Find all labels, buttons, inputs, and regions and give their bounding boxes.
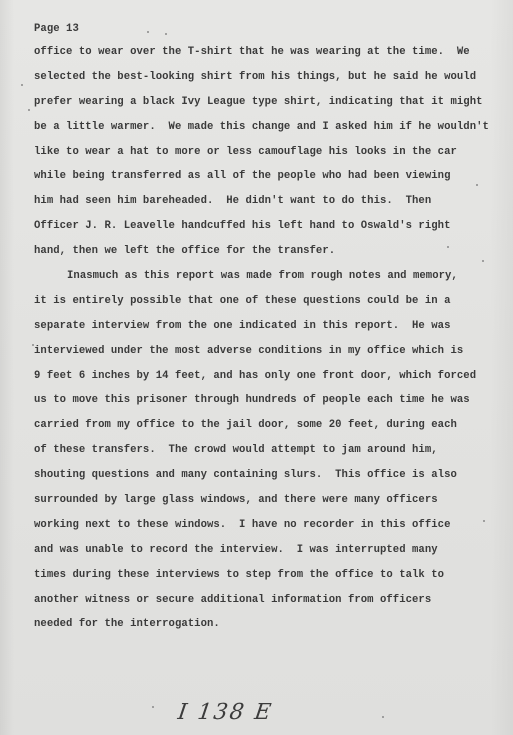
page-number: Page 13 xyxy=(34,20,504,38)
paragraph-1: office to wear over the T-shirt that he … xyxy=(34,40,504,264)
text-line: be a little warmer. We made this change … xyxy=(34,115,504,140)
scan-speck xyxy=(476,184,478,186)
text-line: of these transfers. The crowd would atte… xyxy=(34,438,504,463)
text-line: surrounded by large glass windows, and t… xyxy=(34,488,504,513)
text-line: him had seen him bareheaded. He didn't w… xyxy=(34,189,504,214)
scan-speck xyxy=(483,520,485,522)
scan-speck xyxy=(21,84,23,86)
text-line: prefer wearing a black Ivy League type s… xyxy=(34,90,504,115)
paragraph-2: Inasmuch as this report was made from ro… xyxy=(34,264,504,637)
scan-speck xyxy=(28,109,30,111)
handwritten-exhibit-mark: I 138 E xyxy=(176,700,274,725)
scan-speck xyxy=(152,706,154,708)
text-line: carried from my office to the jail door,… xyxy=(34,413,504,438)
scanned-page: Page 13 office to wear over the T-shirt … xyxy=(0,0,513,735)
text-line: another witness or secure additional inf… xyxy=(34,588,504,613)
scan-speck xyxy=(447,246,449,248)
text-line: it is entirely possible that one of thes… xyxy=(34,289,504,314)
text-line: working next to these windows. I have no… xyxy=(34,513,504,538)
scan-speck xyxy=(32,344,34,346)
scan-speck xyxy=(482,260,484,262)
typed-document: Page 13 office to wear over the T-shirt … xyxy=(34,20,504,637)
text-line: needed for the interrogation. xyxy=(34,612,504,637)
text-line: 9 feet 6 inches by 14 feet, and has only… xyxy=(34,364,504,389)
scan-speck xyxy=(147,31,149,33)
scan-speck xyxy=(382,716,384,718)
text-line: Inasmuch as this report was made from ro… xyxy=(34,264,504,289)
text-line: office to wear over the T-shirt that he … xyxy=(34,40,504,65)
text-line: selected the best-looking shirt from his… xyxy=(34,65,504,90)
text-line: like to wear a hat to more or less camou… xyxy=(34,140,504,165)
text-line: us to move this prisoner through hundred… xyxy=(34,388,504,413)
text-line: interviewed under the most adverse condi… xyxy=(34,339,504,364)
text-line: hand, then we left the office for the tr… xyxy=(34,239,504,264)
text-line: and was unable to record the interview. … xyxy=(34,538,504,563)
text-line: shouting questions and many containing s… xyxy=(34,463,504,488)
text-line: while being transferred as all of the pe… xyxy=(34,164,504,189)
text-line: Officer J. R. Leavelle handcuffed his le… xyxy=(34,214,504,239)
scan-speck xyxy=(165,33,167,35)
text-line: separate interview from the one indicate… xyxy=(34,314,504,339)
text-line: times during these interviews to step fr… xyxy=(34,563,504,588)
